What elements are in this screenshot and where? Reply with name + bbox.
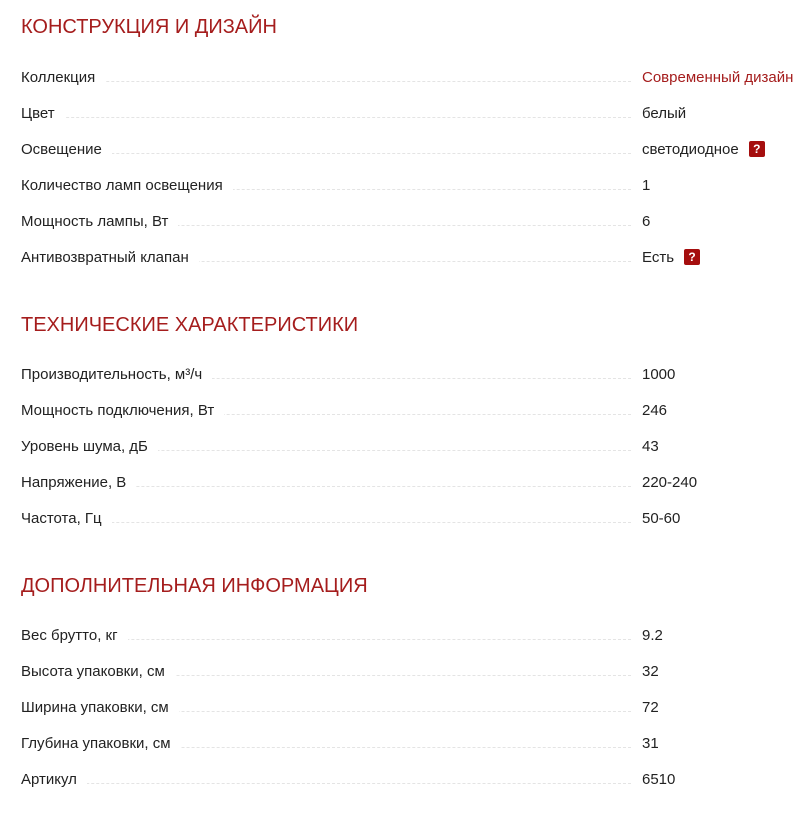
spec-row: Частота, Гц50-60	[21, 500, 801, 536]
spec-value: Есть?	[642, 249, 700, 266]
spec-value-text: 220-240	[642, 474, 697, 491]
dotted-leader	[21, 522, 631, 523]
section-title: Конструкция и дизайн	[21, 15, 801, 39]
spec-value-text: 72	[642, 699, 659, 716]
dotted-leader	[21, 117, 631, 118]
spec-value-link[interactable]: Современный дизайн	[642, 69, 793, 86]
spec-row: Ширина упаковки, см72	[21, 689, 801, 725]
specs-section-design: Конструкция и дизайн КоллекцияСовременны…	[21, 15, 801, 39]
spec-row: КоллекцияСовременный дизайн	[21, 59, 801, 95]
section-title: Технические характеристики	[21, 313, 801, 337]
rows: Вес брутто, кг9.2Высота упаковки, см32Ши…	[21, 617, 801, 797]
spec-value-text: 1000	[642, 366, 675, 383]
spec-value-text: 50-60	[642, 510, 680, 527]
spec-value-text: 32	[642, 663, 659, 680]
spec-value-text: светодиодное	[642, 141, 739, 158]
spec-label: Мощность лампы, Вт	[21, 213, 178, 230]
spec-row: Производительность, м³/ч1000	[21, 356, 801, 392]
spec-row: Напряжение, В220-240	[21, 464, 801, 500]
spec-label: Вес брутто, кг	[21, 627, 128, 644]
spec-value: 6	[642, 213, 650, 230]
spec-value-text: 246	[642, 402, 667, 419]
spec-row: Антивозвратный клапанЕсть?	[21, 239, 801, 275]
spec-label: Освещение	[21, 141, 112, 158]
spec-value: 6510	[642, 771, 675, 788]
spec-label: Артикул	[21, 771, 87, 788]
spec-value-text: 9.2	[642, 627, 663, 644]
spec-row: Мощность лампы, Вт6	[21, 203, 801, 239]
spec-label: Глубина упаковки, см	[21, 735, 181, 752]
spec-label: Частота, Гц	[21, 510, 112, 527]
spec-value: 220-240	[642, 474, 697, 491]
spec-value: 31	[642, 735, 659, 752]
spec-value: белый	[642, 105, 686, 122]
dotted-leader	[21, 81, 631, 82]
spec-row: Глубина упаковки, см31	[21, 725, 801, 761]
spec-row: Высота упаковки, см32	[21, 653, 801, 689]
spec-row: Цветбелый	[21, 95, 801, 131]
spec-value-text: 31	[642, 735, 659, 752]
spec-value-text: Есть	[642, 249, 674, 266]
dotted-leader	[21, 783, 631, 784]
spec-value-text: белый	[642, 105, 686, 122]
spec-label: Ширина упаковки, см	[21, 699, 179, 716]
spec-label: Высота упаковки, см	[21, 663, 175, 680]
help-question-icon[interactable]: ?	[749, 141, 765, 157]
spec-value: 1000	[642, 366, 675, 383]
spec-label: Производительность, м³/ч	[21, 366, 212, 383]
spec-row: Артикул6510	[21, 761, 801, 797]
spec-label: Напряжение, В	[21, 474, 136, 491]
spec-value-text: 6510	[642, 771, 675, 788]
spec-row: Количество ламп освещения1	[21, 167, 801, 203]
rows: КоллекцияСовременный дизайнЦветбелыйОсве…	[21, 59, 801, 275]
spec-row: Уровень шума, дБ43	[21, 428, 801, 464]
spec-value: светодиодное?	[642, 141, 765, 158]
help-question-icon[interactable]: ?	[684, 249, 700, 265]
spec-value: 72	[642, 699, 659, 716]
rows: Производительность, м³/ч1000Мощность под…	[21, 356, 801, 536]
spec-value-text[interactable]: Современный дизайн	[642, 69, 793, 86]
spec-value-text: 43	[642, 438, 659, 455]
spec-label: Уровень шума, дБ	[21, 438, 158, 455]
spec-value-text: 1	[642, 177, 650, 194]
spec-label: Количество ламп освещения	[21, 177, 233, 194]
spec-label: Антивозвратный клапан	[21, 249, 199, 266]
spec-row: Мощность подключения, Вт246	[21, 392, 801, 428]
spec-label: Цвет	[21, 105, 65, 122]
spec-value: 50-60	[642, 510, 680, 527]
specs-section-additional: Дополнительная информация Вес брутто, кг…	[21, 574, 801, 598]
specs-section-technical: Технические характеристики Производитель…	[21, 313, 801, 337]
spec-row: Вес брутто, кг9.2	[21, 617, 801, 653]
spec-value: 43	[642, 438, 659, 455]
spec-row: Освещениесветодиодное?	[21, 131, 801, 167]
dotted-leader	[21, 153, 631, 154]
spec-value: 9.2	[642, 627, 663, 644]
spec-value: 246	[642, 402, 667, 419]
section-title: Дополнительная информация	[21, 574, 801, 598]
spec-label: Коллекция	[21, 69, 105, 86]
spec-value: 1	[642, 177, 650, 194]
spec-value: 32	[642, 663, 659, 680]
spec-label: Мощность подключения, Вт	[21, 402, 224, 419]
spec-value-text: 6	[642, 213, 650, 230]
